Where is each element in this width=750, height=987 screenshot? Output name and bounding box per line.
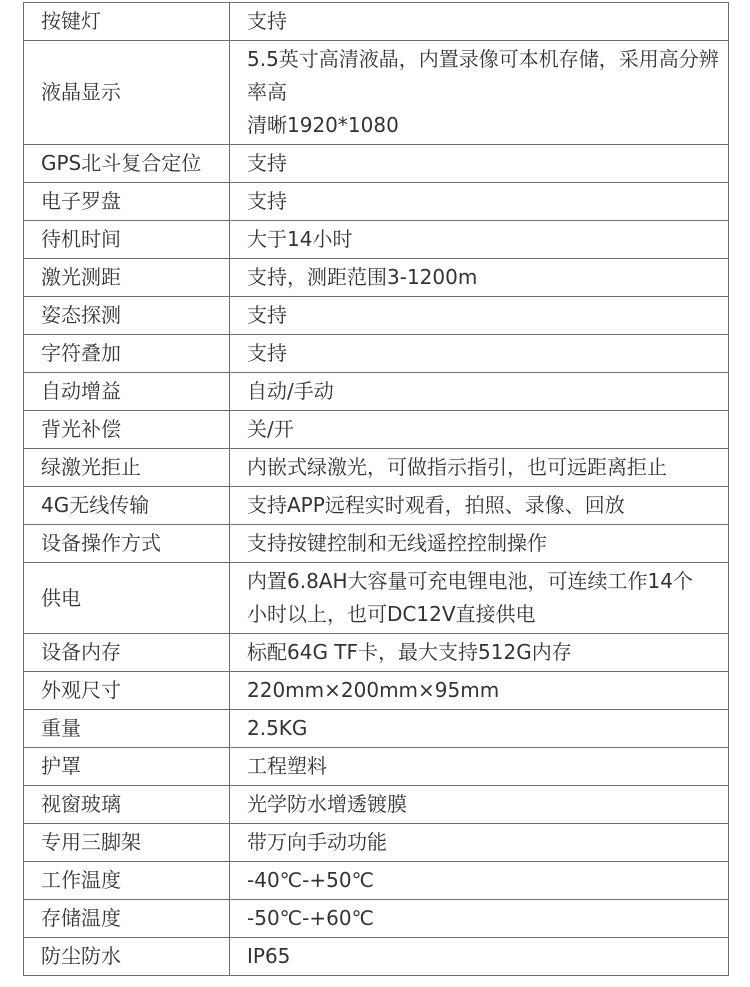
spec-value-cell: 支持: [230, 145, 729, 183]
table-row: 待机时间大于14小时: [24, 221, 729, 259]
spec-value-cell: 关/开: [230, 411, 729, 449]
spec-label-cell: 待机时间: [24, 221, 230, 259]
table-row: 字符叠加支持: [24, 335, 729, 373]
spec-label-cell: GPS北斗复合定位: [24, 145, 230, 183]
spec-label-cell: 设备内存: [24, 634, 230, 672]
spec-value-cell: 内嵌式绿激光，可做指示指引，也可远距离拒止: [230, 449, 729, 487]
spec-label-cell: 专用三脚架: [24, 824, 230, 862]
spec-label-cell: 供电: [24, 563, 230, 634]
table-row: 设备操作方式支持按键控制和无线遥控控制操作: [24, 525, 729, 563]
spec-value-cell: 支持: [230, 183, 729, 221]
table-row: 姿态探测支持: [24, 297, 729, 335]
spec-value-cell: -50℃-+60℃: [230, 900, 729, 938]
spec-label-cell: 4G无线传输: [24, 487, 230, 525]
spec-value-cell: 光学防水增透镀膜: [230, 786, 729, 824]
spec-value-cell: 支持按键控制和无线遥控控制操作: [230, 525, 729, 563]
spec-value-cell: IP65: [230, 938, 729, 976]
table-row: 按键灯支持: [24, 3, 729, 41]
table-row: 设备内存标配64G TF卡，最大支持512G内存: [24, 634, 729, 672]
spec-label-cell: 存储温度: [24, 900, 230, 938]
spec-label-cell: 按键灯: [24, 3, 230, 41]
table-row: 4G无线传输支持APP远程实时观看，拍照、录像、回放: [24, 487, 729, 525]
spec-value-cell: 支持: [230, 3, 729, 41]
spec-table-body: 按键灯支持液晶显示5.5英寸高清液晶，内置录像可本机存储，采用高分辨率高 清晰1…: [24, 3, 729, 976]
spec-value-cell: 支持: [230, 297, 729, 335]
table-row: 背光补偿关/开: [24, 411, 729, 449]
spec-label-cell: 姿态探测: [24, 297, 230, 335]
spec-label-cell: 自动增益: [24, 373, 230, 411]
spec-value-cell: 2.5KG: [230, 710, 729, 748]
spec-value-cell: 工程塑料: [230, 748, 729, 786]
table-row: 液晶显示5.5英寸高清液晶，内置录像可本机存储，采用高分辨率高 清晰1920*1…: [24, 41, 729, 145]
spec-label-cell: 字符叠加: [24, 335, 230, 373]
spec-label-cell: 视窗玻璃: [24, 786, 230, 824]
table-row: 绿激光拒止内嵌式绿激光，可做指示指引，也可远距离拒止: [24, 449, 729, 487]
spec-label-cell: 防尘防水: [24, 938, 230, 976]
spec-label-cell: 设备操作方式: [24, 525, 230, 563]
table-row: 电子罗盘支持: [24, 183, 729, 221]
table-row: 重量2.5KG: [24, 710, 729, 748]
spec-value-cell: 自动/手动: [230, 373, 729, 411]
spec-value-cell: 标配64G TF卡，最大支持512G内存: [230, 634, 729, 672]
table-row: GPS北斗复合定位支持: [24, 145, 729, 183]
spec-value-cell: 带万向手动功能: [230, 824, 729, 862]
spec-value-cell: 内置6.8AH大容量可充电锂电池，可连续工作14个 小时以上，也可DC12V直接…: [230, 563, 729, 634]
table-row: 激光测距支持，测距范围3-1200m: [24, 259, 729, 297]
spec-value-cell: 5.5英寸高清液晶，内置录像可本机存储，采用高分辨率高 清晰1920*1080: [230, 41, 729, 145]
spec-value-cell: 支持: [230, 335, 729, 373]
table-row: 专用三脚架带万向手动功能: [24, 824, 729, 862]
spec-label-cell: 激光测距: [24, 259, 230, 297]
spec-value-cell: 大于14小时: [230, 221, 729, 259]
spec-value-cell: 支持APP远程实时观看，拍照、录像、回放: [230, 487, 729, 525]
table-row: 外观尺寸220mm×200mm×95mm: [24, 672, 729, 710]
spec-label-cell: 液晶显示: [24, 41, 230, 145]
spec-table: 按键灯支持液晶显示5.5英寸高清液晶，内置录像可本机存储，采用高分辨率高 清晰1…: [23, 2, 729, 976]
table-row: 存储温度-50℃-+60℃: [24, 900, 729, 938]
table-row: 防尘防水IP65: [24, 938, 729, 976]
table-row: 工作温度-40℃-+50℃: [24, 862, 729, 900]
spec-value-cell: 支持，测距范围3-1200m: [230, 259, 729, 297]
spec-label-cell: 工作温度: [24, 862, 230, 900]
spec-label-cell: 电子罗盘: [24, 183, 230, 221]
spec-label-cell: 背光补偿: [24, 411, 230, 449]
spec-sheet-page: 按键灯支持液晶显示5.5英寸高清液晶，内置录像可本机存储，采用高分辨率高 清晰1…: [0, 0, 750, 987]
table-row: 自动增益自动/手动: [24, 373, 729, 411]
spec-label-cell: 重量: [24, 710, 230, 748]
spec-value-cell: 220mm×200mm×95mm: [230, 672, 729, 710]
spec-label-cell: 护罩: [24, 748, 230, 786]
table-row: 视窗玻璃光学防水增透镀膜: [24, 786, 729, 824]
table-row: 护罩工程塑料: [24, 748, 729, 786]
spec-label-cell: 外观尺寸: [24, 672, 230, 710]
table-row: 供电内置6.8AH大容量可充电锂电池，可连续工作14个 小时以上，也可DC12V…: [24, 563, 729, 634]
spec-value-cell: -40℃-+50℃: [230, 862, 729, 900]
spec-label-cell: 绿激光拒止: [24, 449, 230, 487]
